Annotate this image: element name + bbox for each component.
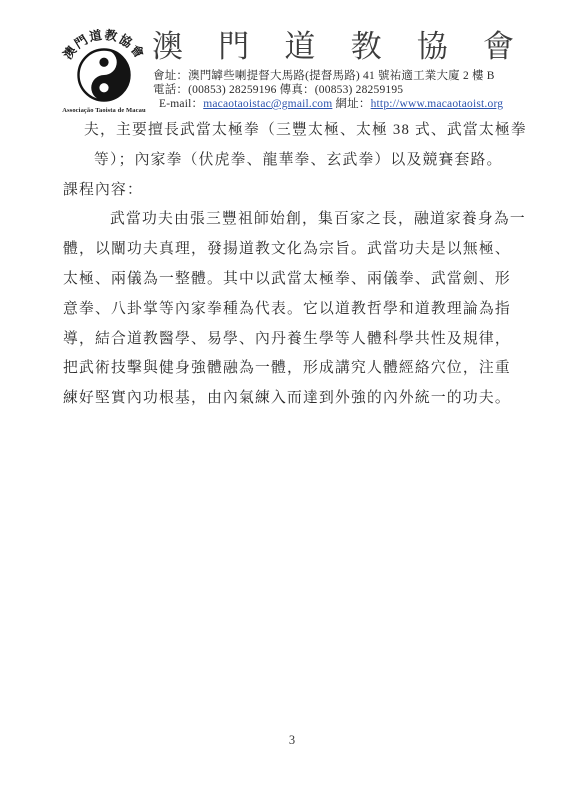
- paragraph-line: 武當功夫由張三豐祖師始創，集百家之長，融道家養身為一: [110, 205, 525, 235]
- paragraph-line: 練好堅實內功根基，由內氣練入而達到外強的內外統一的功夫。: [63, 384, 525, 414]
- org-title-char: 會: [483, 30, 514, 64]
- org-title-char: 道: [284, 30, 315, 64]
- org-title-char: 澳: [152, 30, 183, 64]
- document-body: 夫，主要擅長武當太極拳（三豐太極、太極 38 式、武當太極拳 等）；內家拳（伏虎…: [63, 116, 525, 414]
- email-link[interactable]: macaotaoistac@gmail.com: [203, 98, 332, 110]
- body-intro-line: 等）；內家拳（伏虎拳、龍華拳、玄武拳）以及競賽套路。: [94, 146, 525, 176]
- org-title-char: 協: [417, 30, 448, 64]
- body-intro-line: 夫，主要擅長武當太極拳（三豐太極、太極 38 式、武當太極拳: [84, 116, 525, 146]
- paragraph-line: 太極、兩儀為一整體。其中以武當太極拳、兩儀拳、武當劍、形: [63, 265, 525, 295]
- paragraph-line: 導，結合道教醫學、易學、內丹養生學等人體科學共性及規律，: [63, 325, 525, 355]
- document-page: 澳門道教協會 Associação Taoista de Macau 澳 門 道…: [0, 0, 566, 800]
- org-title-char: 教: [351, 30, 382, 64]
- association-logo: 澳門道教協會 Associação Taoista de Macau: [60, 28, 148, 114]
- logo-caption: Associação Taoista de Macau: [60, 107, 148, 114]
- email-label: E-mail：: [159, 98, 203, 110]
- website-link[interactable]: http://www.macaotaoist.org: [371, 98, 504, 110]
- yin-yang-logo-graphic: 澳門道教協會: [60, 28, 148, 106]
- phone-fax-line: 電話：(00853) 28259196 傳真：(00853) 28259195: [153, 83, 543, 97]
- address-line: 會址：澳門罅些喇提督大馬路(提督馬路) 41 號祐適工業大廈 2 樓 B: [153, 69, 543, 83]
- paragraph-line: 體，以闡功夫真理，發揚道教文化為宗旨。武當功夫是以無極、: [63, 235, 525, 265]
- contact-block: 會址：澳門罅些喇提督大馬路(提督馬路) 41 號祐適工業大廈 2 樓 B 電話：…: [153, 69, 543, 111]
- paragraph-line: 把武術技擊與健身強體融為一體，形成講究人體經絡穴位，注重: [63, 354, 525, 384]
- section-heading: 課程內容：: [63, 176, 525, 206]
- yin-yang-icon: [79, 50, 130, 101]
- paragraph-line: 意拳、八卦掌等內家拳種為代表。它以道教哲學和道教理論為指: [63, 295, 525, 325]
- org-title-char: 門: [218, 30, 249, 64]
- website-label: 網址：: [335, 98, 370, 110]
- email-website-line: E-mail：macaotaoistac@gmail.com 網址：http:/…: [153, 97, 543, 111]
- org-title: 澳 門 道 教 協 會: [152, 30, 514, 64]
- page-number: 3: [0, 733, 566, 748]
